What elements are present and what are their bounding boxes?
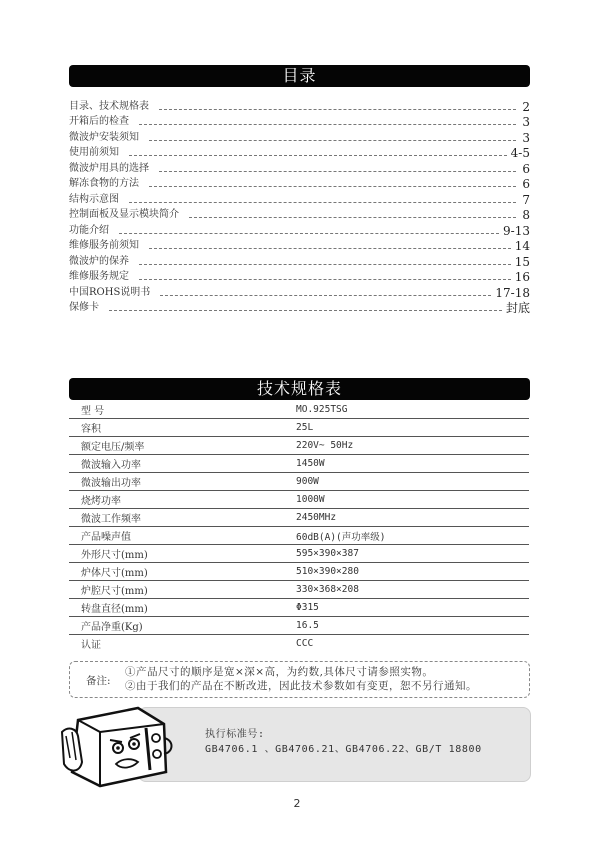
notes-label: 备注: [86, 673, 111, 688]
spec-label: 微波输入功率 [69, 455, 286, 473]
toc-entry-page: 17-18 [491, 286, 530, 300]
toc-entry[interactable]: 微波炉用具的选择6 [69, 160, 530, 176]
table-row: 微波输入功率1450W [69, 455, 529, 473]
table-row: 认证CCC [69, 635, 529, 653]
dotted-leader [149, 140, 516, 141]
spec-value: 60dB(A)(声功率级) [286, 527, 529, 545]
toc-entry-page: 16 [511, 270, 530, 284]
dotted-leader [159, 109, 516, 110]
toc-entry-page: 6 [516, 177, 530, 191]
standards-text: 执行标准号: GB4706.1 、GB4706.21、GB4706.22、GB/… [205, 727, 482, 757]
spec-label: 微波输出功率 [69, 473, 286, 491]
table-row: 微波工作频率2450MHz [69, 509, 529, 527]
spec-value: 16.5 [286, 617, 529, 635]
microwave-mascot-icon [60, 702, 180, 788]
note-line: ①产品尺寸的顺序是宽×深×高，为约数,具体尺寸请参照实物。 [125, 665, 477, 679]
specs-table: 型 号MO.925TSG 容积25L 额定电压/频率220V~ 50Hz 微波输… [69, 401, 529, 652]
toc-entry-title: 结构示意图 [69, 193, 129, 207]
dotted-leader [109, 310, 502, 311]
table-row: 型 号MO.925TSG [69, 401, 529, 419]
table-row: 容积25L [69, 419, 529, 437]
table-row: 微波输出功率900W [69, 473, 529, 491]
dotted-leader [119, 233, 499, 234]
spec-label: 转盘直径(mm) [69, 599, 286, 617]
toc-entry-page: 3 [516, 131, 530, 145]
spec-label: 炉体尺寸(mm) [69, 563, 286, 581]
note-line: ②由于我们的产品在不断改进，因此技术参数如有变更，恕不另行通知。 [125, 679, 477, 693]
dotted-leader [129, 155, 507, 156]
toc-entry[interactable]: 微波炉的保养15 [69, 253, 530, 269]
table-of-contents: 目录、技术规格表2 开箱后的检查3 微波炉安装须知3 使用前须知4-5 微波炉用… [69, 98, 530, 315]
table-row: 炉体尺寸(mm)510×390×280 [69, 563, 529, 581]
toc-entry[interactable]: 中国ROHS说明书17-18 [69, 284, 530, 300]
table-row: 烧烤功率1000W [69, 491, 529, 509]
dotted-leader [129, 202, 516, 203]
page-number: 2 [0, 797, 594, 810]
spec-label: 产品净重(Kg) [69, 617, 286, 635]
spec-value: 900W [286, 473, 529, 491]
toc-entry-title: 功能介绍 [69, 224, 119, 238]
table-row: 外形尺寸(mm)595×390×387 [69, 545, 529, 563]
notes-lines: ①产品尺寸的顺序是宽×深×高，为约数,具体尺寸请参照实物。 ②由于我们的产品在不… [125, 665, 477, 693]
toc-entry-page: 15 [511, 255, 530, 269]
spec-value: 510×390×280 [286, 563, 529, 581]
spec-value: 1000W [286, 491, 529, 509]
toc-entry-page: 9-13 [499, 224, 530, 238]
toc-entry[interactable]: 功能介绍9-13 [69, 222, 530, 238]
toc-entry-title: 微波炉用具的选择 [69, 162, 159, 176]
toc-entry-title: 目录、技术规格表 [69, 100, 159, 114]
toc-heading: 目录 [69, 65, 530, 87]
toc-entry-page: 7 [516, 193, 530, 207]
spec-value: 220V~ 50Hz [286, 437, 529, 455]
toc-entry-title: 微波炉安装须知 [69, 131, 149, 145]
toc-entry[interactable]: 微波炉安装须知3 [69, 129, 530, 145]
dotted-leader [160, 295, 491, 296]
spec-label: 炉腔尺寸(mm) [69, 581, 286, 599]
toc-entry[interactable]: 使用前须知4-5 [69, 145, 530, 161]
toc-entry-page: 4-5 [507, 146, 530, 160]
toc-entry-page: 封底 [502, 301, 530, 315]
specs-heading: 技术规格表 [69, 378, 530, 400]
spec-label: 外形尺寸(mm) [69, 545, 286, 563]
spec-value: 1450W [286, 455, 529, 473]
table-row: 产品净重(Kg)16.5 [69, 617, 529, 635]
dotted-leader [189, 217, 516, 218]
standards-box: 执行标准号: GB4706.1 、GB4706.21、GB4706.22、GB/… [138, 707, 531, 782]
notes-box: 备注: ①产品尺寸的顺序是宽×深×高，为约数,具体尺寸请参照实物。 ②由于我们的… [69, 661, 530, 698]
toc-entry-page: 14 [511, 239, 530, 253]
toc-entry-title: 解冻食物的方法 [69, 177, 149, 191]
toc-entry-title: 微波炉的保养 [69, 255, 139, 269]
spec-label: 烧烤功率 [69, 491, 286, 509]
toc-entry-title: 开箱后的检查 [69, 115, 139, 129]
toc-entry-page: 2 [516, 100, 530, 114]
dotted-leader [139, 264, 511, 265]
spec-label: 容积 [69, 419, 286, 437]
spec-value: 2450MHz [286, 509, 529, 527]
toc-entry-title: 保修卡 [69, 301, 109, 315]
toc-entry-title: 使用前须知 [69, 146, 129, 160]
dotted-leader [139, 279, 511, 280]
spec-value: Φ315 [286, 599, 529, 617]
standards-label: 执行标准号: [205, 727, 482, 742]
toc-entry-title: 中国ROHS说明书 [69, 286, 160, 300]
spec-value: 595×390×387 [286, 545, 529, 563]
table-row: 产品噪声值60dB(A)(声功率级) [69, 527, 529, 545]
toc-entry[interactable]: 控制面板及显示模块简介8 [69, 207, 530, 223]
toc-entry[interactable]: 维修服务规定16 [69, 269, 530, 285]
dotted-leader [149, 248, 511, 249]
standards-value: GB4706.1 、GB4706.21、GB4706.22、GB/T 18800 [205, 742, 482, 757]
dotted-leader [159, 171, 516, 172]
dotted-leader [149, 186, 516, 187]
toc-entry[interactable]: 结构示意图7 [69, 191, 530, 207]
spec-value: 330×368×208 [286, 581, 529, 599]
spec-value: CCC [286, 635, 529, 653]
toc-entry-title: 维修服务前须知 [69, 239, 149, 253]
spec-value: MO.925TSG [286, 401, 529, 419]
spec-label: 额定电压/频率 [69, 437, 286, 455]
table-row: 转盘直径(mm)Φ315 [69, 599, 529, 617]
table-row: 炉腔尺寸(mm)330×368×208 [69, 581, 529, 599]
toc-entry[interactable]: 开箱后的检查3 [69, 114, 530, 130]
toc-entry-title: 控制面板及显示模块简介 [69, 208, 189, 222]
spec-label: 认证 [69, 635, 286, 653]
toc-entry-page: 6 [516, 162, 530, 176]
spec-value: 25L [286, 419, 529, 437]
spec-label: 型 号 [69, 401, 286, 419]
toc-entry[interactable]: 解冻食物的方法6 [69, 176, 530, 192]
dotted-leader [139, 124, 516, 125]
toc-entry-page: 3 [516, 115, 530, 129]
spec-label: 产品噪声值 [69, 527, 286, 545]
toc-entry[interactable]: 维修服务前须知14 [69, 238, 530, 254]
spec-label: 微波工作频率 [69, 509, 286, 527]
toc-entry[interactable]: 保修卡封底 [69, 300, 530, 316]
toc-entry-title: 维修服务规定 [69, 270, 139, 284]
table-row: 额定电压/频率220V~ 50Hz [69, 437, 529, 455]
toc-entry-page: 8 [516, 208, 530, 222]
toc-entry[interactable]: 目录、技术规格表2 [69, 98, 530, 114]
